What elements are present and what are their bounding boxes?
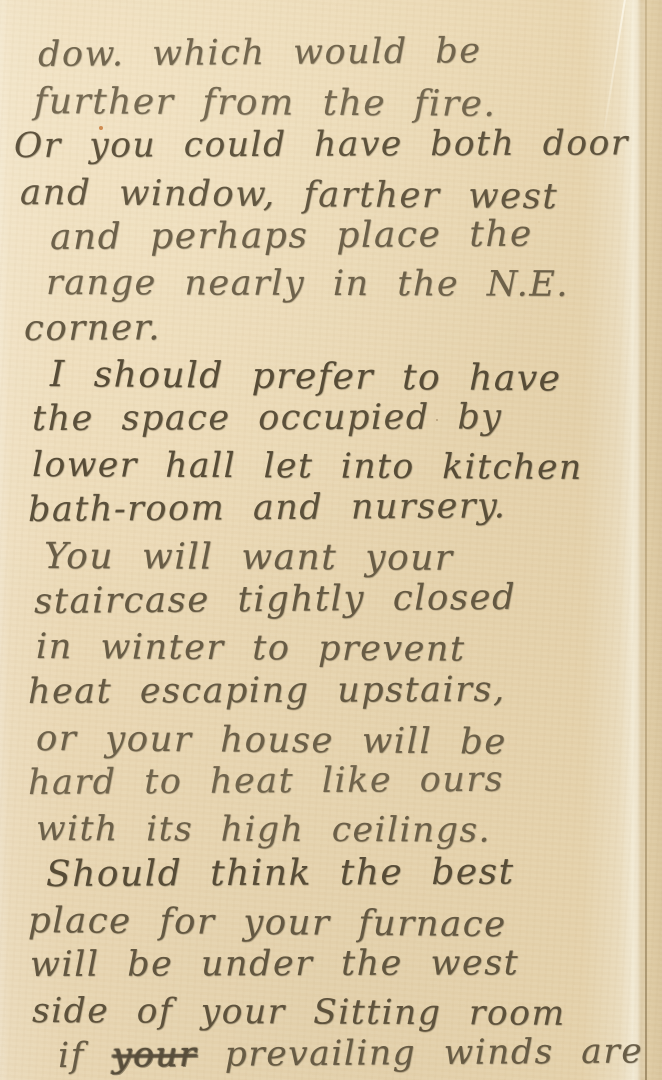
handwriting-line: dow. which would be (38, 28, 656, 79)
handwriting-line: with its high ceilings. (36, 807, 656, 855)
handwriting-line: if your prevailing winds are (58, 1029, 656, 1079)
handwriting-line: will be under the west (30, 941, 656, 989)
handwriting-line: heat escaping upstairs, (28, 667, 656, 715)
handwriting-line: staircase tightly closed (34, 574, 656, 625)
handwriting-line: corner. (24, 303, 656, 352)
overwritten-word: your (112, 1035, 197, 1076)
handwriting-line: further from the fire. (34, 79, 656, 128)
handwriting-line: Or you could have both door (14, 121, 656, 169)
handwriting-line: range nearly in the N.E. (46, 261, 656, 309)
handwriting-line: in winter to prevent (36, 625, 656, 674)
letter-body: dow. which would be further from the fir… (8, 33, 656, 1080)
handwriting-line: hard to heat like ours (28, 757, 656, 807)
handwriting-line: and perhaps place the (50, 211, 656, 261)
handwriting-line: bath-room and nursery. (28, 483, 656, 533)
handwriting-line: Should think the best (46, 849, 656, 898)
letter-page: dow. which would be further from the fir… (0, 0, 662, 1080)
handwriting-line: the space occupied by (32, 395, 656, 443)
